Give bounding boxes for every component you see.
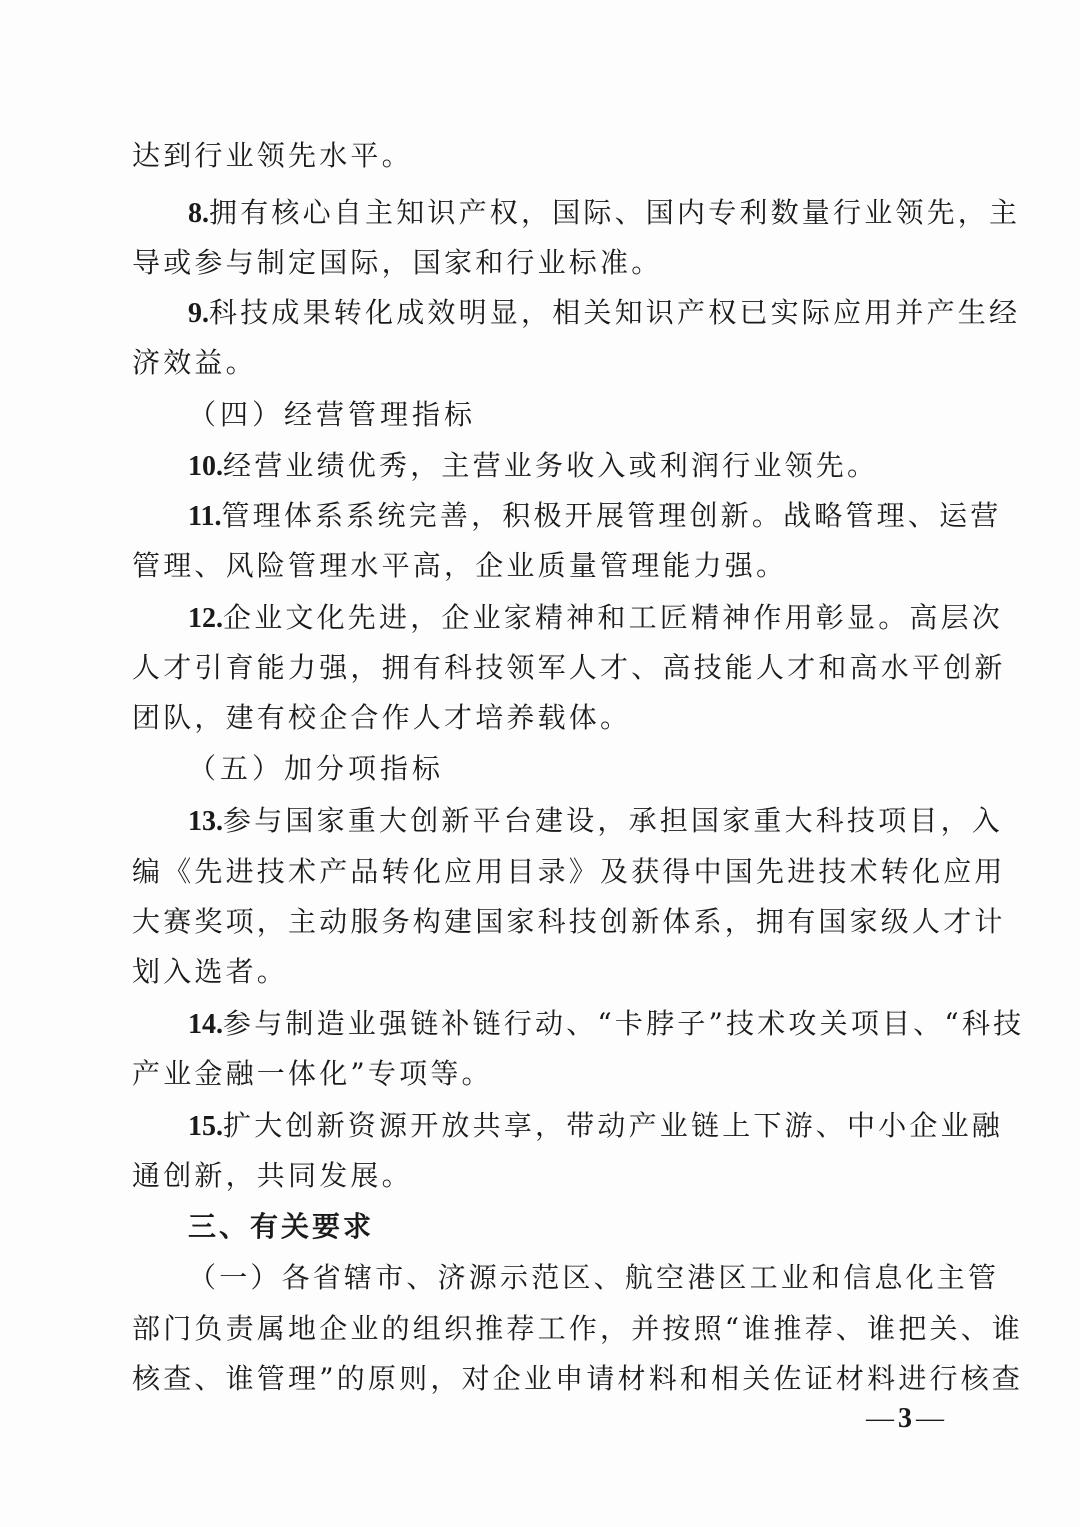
line-text: 济效益。 — [132, 346, 257, 379]
item-13-line-4: 划入选者。 — [132, 955, 950, 989]
requirement-1-line-3: 核查、谁管理”的原则，对企业申请材料和相关佐证材料进行核查 — [132, 1362, 950, 1396]
line-text: 参与制造业强链补链行动、“卡脖子”技术攻关项目、“科技 — [223, 1007, 1024, 1040]
line-text: 编《先进技术产品转化应用目录》及获得中国先进技术转化应用 — [132, 855, 1006, 888]
item-12-line-1: 12.企业文化先进，企业家精神和工匠精神作用彰显。高层次 — [188, 601, 950, 635]
paragraph-line: 达到行业领先水平。 — [132, 139, 950, 173]
page-number: —3— — [850, 1404, 960, 1434]
line-text: 扩大创新资源开放共享，带动产业链上下游、中小企业融 — [223, 1109, 1003, 1142]
item-11-line-2: 管理、风险管理水平高，企业质量管理能力强。 — [132, 549, 950, 583]
line-text: 团队，建有校企合作人才培养载体。 — [132, 701, 631, 734]
item-number: 12. — [188, 603, 223, 634]
item-11-line-1: 11.管理体系系统完善，积极开展管理创新。战略管理、运营 — [188, 499, 950, 533]
page-dash-right: — — [916, 1403, 944, 1434]
section-heading-5: （五）加分项指标 — [188, 752, 950, 786]
line-text: 参与国家重大创新平台建设，承担国家重大科技项目，入 — [223, 804, 1003, 837]
item-number: 15. — [188, 1111, 223, 1142]
item-number: 9. — [188, 298, 209, 329]
line-text: 科技成果转化成效明显，相关知识产权已实际应用并产生经 — [209, 296, 1020, 329]
item-8-line-1: 8.拥有核心自主知识产权，国际、国内专利数量行业领先，主 — [188, 196, 950, 230]
line-text: 经营业绩优秀，主营业务收入或利润行业领先。 — [223, 449, 878, 482]
item-13-line-1: 13.参与国家重大创新平台建设，承担国家重大科技项目，入 — [188, 804, 950, 838]
document-page: 达到行业领先水平。 8.拥有核心自主知识产权，国际、国内专利数量行业领先，主 导… — [0, 0, 1080, 1527]
item-number: 10. — [188, 451, 223, 482]
item-14-line-2: 产业金融一体化”专项等。 — [132, 1057, 950, 1091]
item-9-line-1: 9.科技成果转化成效明显，相关知识产权已实际应用并产生经 — [188, 296, 950, 330]
line-text: 管理、风险管理水平高，企业质量管理能力强。 — [132, 549, 787, 582]
item-8-line-2: 导或参与制定国际，国家和行业标准。 — [132, 246, 950, 280]
item-13-line-2: 编《先进技术产品转化应用目录》及获得中国先进技术转化应用 — [132, 855, 950, 889]
requirement-1-line-2: 部门负责属地企业的组织推荐工作，并按照“谁推荐、谁把关、谁 — [132, 1312, 950, 1346]
line-text: 划入选者。 — [132, 955, 288, 988]
line-text: 企业文化先进，企业家精神和工匠精神作用彰显。高层次 — [223, 601, 1003, 634]
line-text: 核查、谁管理”的原则，对企业申请材料和相关佐证材料进行核查 — [132, 1362, 1023, 1395]
page-number-value: 3 — [898, 1403, 912, 1434]
item-13-line-3: 大赛奖项，主动服务构建国家科技创新体系，拥有国家级人才计 — [132, 905, 950, 939]
line-text: 人才引育能力强，拥有科技领军人才、高技能人才和高水平创新 — [132, 651, 1006, 684]
page-dash-left: — — [866, 1403, 894, 1434]
section-heading-4: （四）经营管理指标 — [188, 398, 950, 432]
item-12-line-2: 人才引育能力强，拥有科技领军人才、高技能人才和高水平创新 — [132, 651, 950, 685]
line-text: 拥有核心自主知识产权，国际、国内专利数量行业领先，主 — [209, 196, 1020, 229]
item-14-line-1: 14.参与制造业强链补链行动、“卡脖子”技术攻关项目、“科技 — [188, 1007, 950, 1041]
requirement-1-line-1: （一）各省辖市、济源示范区、航空港区工业和信息化主管 — [188, 1261, 950, 1295]
item-number: 14. — [188, 1009, 223, 1040]
line-text: 导或参与制定国际，国家和行业标准。 — [132, 246, 662, 279]
line-text: 达到行业领先水平。 — [132, 139, 413, 172]
section-heading-requirements: 三、有关要求 — [188, 1210, 950, 1244]
item-15-line-2: 通创新，共同发展。 — [132, 1159, 950, 1193]
line-text: 部门负责属地企业的组织推荐工作，并按照“谁推荐、谁把关、谁 — [132, 1312, 1023, 1345]
item-number: 8. — [188, 198, 209, 229]
item-12-line-3: 团队，建有校企合作人才培养载体。 — [132, 701, 950, 735]
line-text: 产业金融一体化”专项等。 — [132, 1057, 493, 1090]
line-text: 通创新，共同发展。 — [132, 1159, 413, 1192]
item-9-line-2: 济效益。 — [132, 346, 950, 380]
line-text: 管理体系系统完善，积极开展管理创新。战略管理、运营 — [221, 499, 1001, 532]
item-10-line-1: 10.经营业绩优秀，主营业务收入或利润行业领先。 — [188, 449, 950, 483]
item-15-line-1: 15.扩大创新资源开放共享，带动产业链上下游、中小企业融 — [188, 1109, 950, 1143]
item-number: 11. — [188, 501, 221, 532]
item-number: 13. — [188, 806, 223, 837]
line-text: （一）各省辖市、济源示范区、航空港区工业和信息化主管 — [188, 1261, 999, 1294]
line-text: 大赛奖项，主动服务构建国家科技创新体系，拥有国家级人才计 — [132, 905, 1006, 938]
